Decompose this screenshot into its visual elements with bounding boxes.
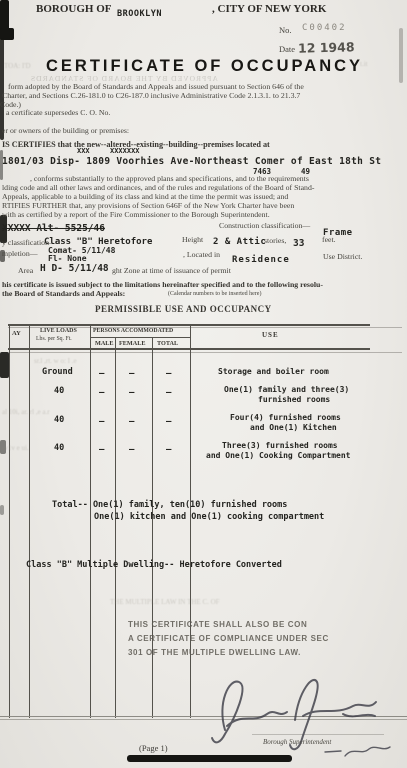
- permit-number: XXXXX Alt- 5525/46: [2, 223, 105, 234]
- stamp-line-1: THIS CERTIFICATE SHALL ALSO BE CON: [128, 620, 307, 629]
- noise-mark: THE MULTIPLE LAW IN THE C. OF: [110, 598, 220, 606]
- noise-mark: rv1v e ui.: [2, 444, 29, 452]
- borough-label: BOROUGH OF: [36, 3, 111, 15]
- superintendent-label: Borough Superintendent: [263, 738, 331, 746]
- row-use: One(1) family and three(3): [224, 385, 349, 394]
- table-vline-2: [29, 325, 30, 718]
- strikeout-existing: XXXXXXX: [110, 147, 140, 155]
- table-vline-4: [115, 337, 116, 718]
- feet-label: feet.: [322, 235, 336, 244]
- total-line-2: One(1) kitchen and One(1) cooking compar…: [94, 512, 324, 522]
- area-label: Area: [18, 266, 33, 275]
- row-female: —: [129, 388, 134, 398]
- conforms-line-1: , conforms substantially to the approved…: [30, 174, 309, 183]
- conforms-line-5: with as certified by a report of the Fir…: [2, 210, 270, 219]
- height-value: 2 & Attic: [213, 237, 266, 247]
- premises-address: 1801/03 Disp- 1809 Voorhies Ave-Northeas…: [2, 156, 381, 167]
- persons-underline: [90, 337, 190, 338]
- col-header-live-loads: LIVE LOADS: [40, 328, 77, 334]
- conforms-line-3: Appeals, applicable to a building of its…: [2, 192, 288, 201]
- col-header-story: AY: [12, 330, 21, 337]
- col-header-total: TOTAL: [157, 340, 178, 347]
- total-line-1: Total-- One(1) family, ten(10) furnished…: [52, 500, 287, 510]
- dwelling-class-note: Class "B" Multiple Dwelling-- Heretofore…: [26, 560, 282, 570]
- completion-value-2: Fl- None: [48, 254, 87, 263]
- scan-artifact: [0, 352, 9, 378]
- conforms-line-4: RTIFIES FURTHER that, any provisions of …: [2, 201, 294, 210]
- feet-value: 33: [293, 238, 304, 249]
- height-zone-label: ght Zone at time of issuance of permit: [112, 266, 231, 275]
- date-stamp-value: 12 1948: [298, 39, 355, 55]
- supersedes-line: a certificate supersedes C. O. No.: [6, 108, 110, 117]
- row-live-load: 40: [54, 415, 64, 425]
- adopted-line-1: form adopted by the Board of Standards a…: [8, 82, 304, 91]
- row-use-2: and One(1) Cooking Compartment: [206, 451, 351, 460]
- col-header-live-loads-sub: Lbs. per Sq. Ft.: [36, 336, 72, 342]
- noise-mark: sr.l ,rt. w o: I .e: [34, 357, 77, 365]
- page-number: (Page 1): [139, 743, 168, 753]
- superintendent-signature: [195, 668, 395, 763]
- row-use: Four(4) furnished rooms: [230, 413, 341, 422]
- no-stamp-value: C00402: [302, 23, 347, 33]
- noise-mark: t.it: [360, 60, 368, 68]
- row-male: —: [99, 369, 104, 379]
- scan-artifact: [0, 505, 4, 515]
- row-live-load: Ground: [42, 367, 73, 377]
- stories-label: stories,: [264, 236, 286, 245]
- scan-artifact: [0, 38, 4, 140]
- col-header-female: FEMALE: [119, 340, 145, 347]
- row-total: —: [166, 445, 171, 455]
- city-label: , CITY OF NEW YORK: [212, 3, 326, 15]
- stamp-line-3: 301 OF THE MULTIPLE DWELLING LAW.: [128, 648, 301, 657]
- owners-line: er or owners of the building or premises…: [2, 126, 129, 135]
- strikeout-new: XXX: [77, 147, 90, 155]
- header-bottom-rule-2: [8, 352, 402, 353]
- noise-mark: TOA: I'D: [4, 62, 31, 70]
- height-label: Height: [182, 235, 203, 244]
- row-use: Storage and boiler room: [218, 367, 329, 376]
- limitations-line-1: his certificate is issued subject to the…: [2, 280, 323, 289]
- row-use-2: and One(1) Kitchen: [250, 423, 337, 432]
- located-value: Residence: [232, 255, 290, 265]
- row-female: —: [129, 417, 134, 427]
- borough-value: BROOKLYN: [117, 9, 162, 19]
- row-live-load: 40: [54, 443, 64, 453]
- table-title: PERMISSIBLE USE AND OCCUPANCY: [95, 304, 272, 314]
- row-total: —: [166, 369, 171, 379]
- document-page: BOROUGH OF BROOKLYN , CITY OF NEW YORK N…: [0, 0, 407, 768]
- bottom-black-bar: [127, 755, 292, 762]
- adopted-line-2: Charter, and Sections C.26-181.0 to C26-…: [2, 91, 300, 100]
- scan-artifact: [399, 28, 403, 83]
- area-value: H D- 5/11/48: [40, 263, 109, 274]
- header-bottom-rule: [8, 348, 370, 350]
- row-male: —: [99, 388, 104, 398]
- table-vline-3: [90, 325, 91, 718]
- row-male: —: [99, 445, 104, 455]
- stamp-line-2: A CERTIFICATE OF COMPLIANCE UNDER SEC: [128, 634, 329, 643]
- row-use-2: furnished rooms: [258, 395, 330, 404]
- completion-label: mpletion—: [2, 249, 38, 258]
- use-district-label: Use District.: [323, 252, 362, 261]
- date-label: Date: [279, 44, 295, 54]
- conforms-line-2: lding code and all other laws and ordina…: [2, 183, 314, 192]
- noise-mark: al 10i, ar. rl ,e a.r: [2, 408, 50, 416]
- construction-label: Construction classification—: [219, 221, 310, 230]
- row-live-load: 40: [54, 386, 64, 396]
- row-total: —: [166, 388, 171, 398]
- col-header-male: MALE: [95, 340, 114, 347]
- row-total: —: [166, 417, 171, 427]
- table-vline-5: [152, 337, 153, 718]
- col-header-use: USE: [262, 331, 279, 339]
- table-border-top: [8, 324, 370, 326]
- table-vline-1: [9, 325, 10, 718]
- calendar-note: (Calendar numbers to be inserted here): [168, 291, 261, 297]
- located-label: , Located in: [183, 250, 220, 259]
- row-female: —: [129, 369, 134, 379]
- limitations-line-2: the Board of Standards and Appeals:: [2, 289, 125, 298]
- row-female: —: [129, 445, 134, 455]
- row-male: —: [99, 417, 104, 427]
- col-header-persons: PERSONS ACCOMMODATED: [93, 328, 173, 334]
- no-label: No.: [279, 25, 292, 35]
- row-use: Three(3) furnished rooms: [222, 441, 338, 450]
